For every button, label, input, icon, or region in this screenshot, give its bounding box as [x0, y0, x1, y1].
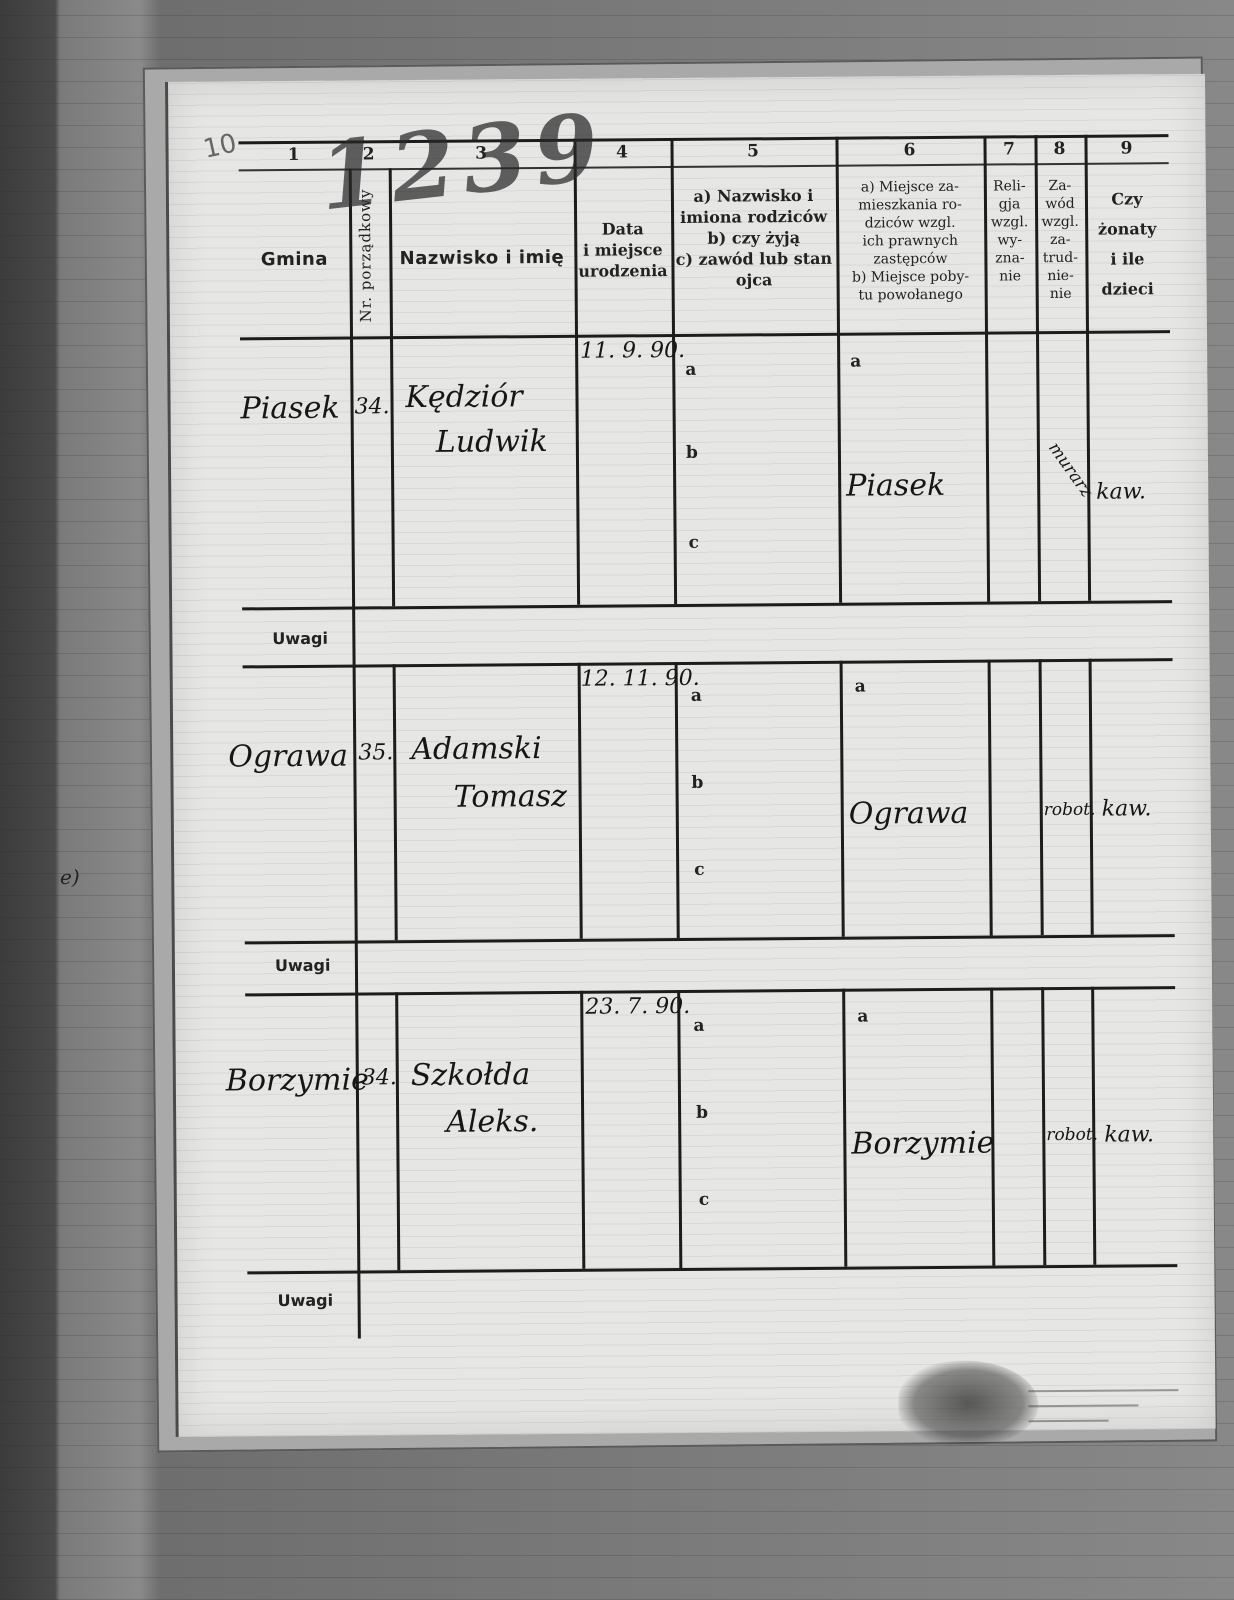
- col-divider-8b: [1089, 659, 1094, 935]
- entry-birth-date: 23. 7. 90.: [585, 994, 690, 1020]
- col-divider-7c: [1041, 987, 1046, 1265]
- header-miejsce-zamieszkania: a) Miejsce za- mieszkania ro- dziców wzg…: [836, 178, 985, 305]
- col-divider-5b: [840, 661, 845, 937]
- remarks-label: Uwagi: [278, 1291, 334, 1310]
- marker-a: a: [691, 686, 702, 706]
- entry-surname: Kędziór: [405, 379, 522, 415]
- header-zonaty: Czy żonaty i ile dzieci: [1085, 184, 1170, 305]
- entry-given-name: Ludwik: [436, 424, 548, 460]
- entry-nr: 34.: [354, 394, 389, 419]
- marker-a-col6: a: [857, 1007, 868, 1027]
- col-divider-2b: [393, 664, 398, 940]
- register-page: 10 1239 1 2 3: [165, 74, 1216, 1437]
- remarks-label: Uwagi: [275, 956, 331, 975]
- entry-birth-date: 11. 9. 90.: [580, 338, 685, 364]
- header-religia: Reli- gja wzgl. wy- zna- nie: [984, 177, 1036, 285]
- ink-blot-trail: [1028, 1404, 1138, 1407]
- entry-residence: Borzymie: [851, 1126, 994, 1162]
- header-gmina: Gmina: [239, 249, 349, 271]
- entry2-bottom-rule: [245, 934, 1175, 944]
- entry-occupation: robot.: [1044, 800, 1096, 820]
- entry-gmina: Ograwa: [228, 739, 348, 775]
- entry-gmina: Piasek: [240, 391, 339, 427]
- col-divider-5c: [842, 989, 847, 1267]
- header-data-urodzenia: Data i miejsce urodzenia: [574, 218, 671, 282]
- colnum-8: 8: [1034, 139, 1084, 159]
- header-nazwisko-imie: Nazwisko i imię: [389, 247, 574, 269]
- header-rodzice: a) Nazwisko i imiona rodziców b) czy żyj…: [671, 185, 837, 291]
- entry-surname: Szkołda: [411, 1057, 531, 1093]
- register-number: 1239: [313, 92, 611, 232]
- entry-nr: 35.: [358, 740, 393, 765]
- ink-blot-trail: [1028, 1389, 1178, 1392]
- marker-b: b: [696, 1103, 708, 1123]
- col-divider-3c: [580, 991, 585, 1269]
- colnum-7: 7: [983, 139, 1034, 159]
- entry-given-name: Tomasz: [453, 779, 567, 815]
- colnum-6: 6: [835, 140, 983, 161]
- marker-b: b: [686, 443, 698, 463]
- header-bottom-rule: [240, 330, 1170, 340]
- entry-residence: Ograwa: [849, 796, 969, 832]
- marker-c: c: [694, 860, 705, 880]
- remarks2-bottom-rule: [245, 986, 1175, 996]
- header-zawod: Za- wód wzgl. za- trud- nie- nie: [1035, 177, 1086, 303]
- entry-residence: Piasek: [846, 468, 945, 504]
- col-divider-2c: [395, 992, 400, 1270]
- entry-marital: kaw.: [1102, 796, 1152, 821]
- remarks-label: Uwagi: [272, 629, 328, 648]
- entry-surname: Adamski: [411, 731, 542, 767]
- entry-marital: kaw.: [1096, 479, 1146, 504]
- col-divider-3a: [573, 139, 579, 605]
- entry1-bottom-rule: [242, 600, 1172, 610]
- colnum-9: 9: [1084, 138, 1168, 159]
- marker-b: b: [691, 773, 703, 793]
- col-divider-3b: [578, 663, 583, 939]
- entry-given-name: Aleks.: [446, 1104, 538, 1140]
- entry-marital: kaw.: [1104, 1122, 1154, 1147]
- col-divider-4c: [677, 990, 682, 1268]
- marker-c: c: [699, 1190, 710, 1210]
- entry-nr: 34.: [362, 1065, 397, 1090]
- marker-a: a: [693, 1016, 704, 1036]
- ink-blot: [898, 1360, 1039, 1446]
- entry-occupation: robot.: [1046, 1125, 1098, 1145]
- entry-birth-date: 12. 11. 90.: [581, 666, 700, 692]
- colnum-5: 5: [670, 141, 835, 162]
- ink-blot-trail: [1029, 1420, 1109, 1423]
- remarks1-bottom-rule: [243, 658, 1173, 668]
- margin-mark: e): [60, 865, 80, 889]
- col-divider-4b: [675, 662, 680, 938]
- col-divider-6b: [988, 660, 993, 936]
- page-number-mark: 10: [201, 128, 240, 164]
- marker-a-col6: a: [855, 677, 866, 697]
- marker-a-col6: a: [850, 352, 861, 372]
- col-divider-7b: [1039, 659, 1044, 935]
- entry-gmina: Borzymie: [226, 1062, 369, 1098]
- col-divider-2a: [389, 168, 395, 606]
- marker-c: c: [689, 533, 700, 553]
- entry3-bottom-rule: [247, 1264, 1177, 1274]
- marker-a: a: [685, 360, 696, 380]
